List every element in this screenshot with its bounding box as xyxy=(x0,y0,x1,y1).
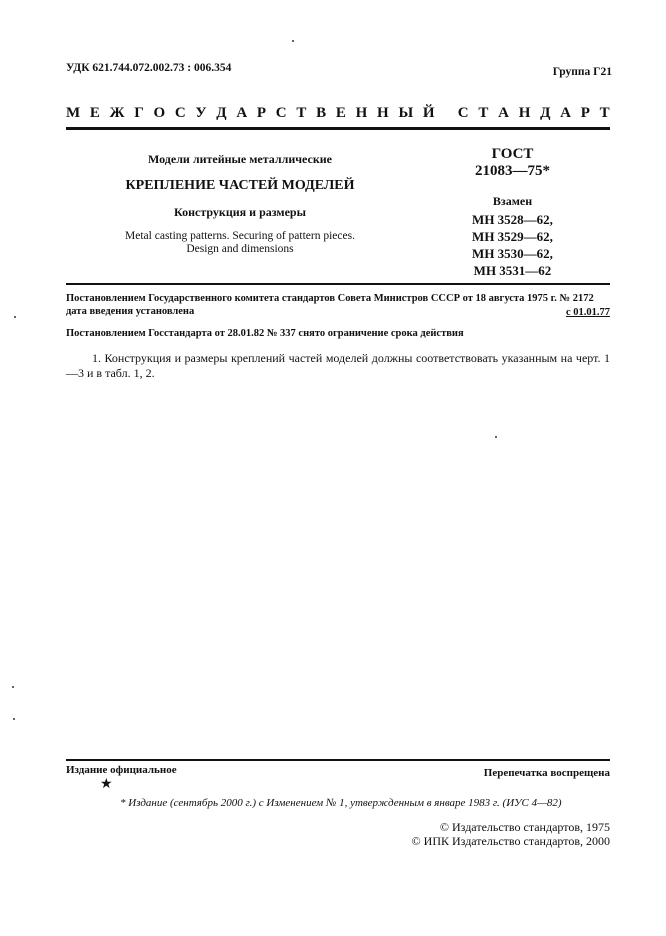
replaced-standard: МН 3528—62, xyxy=(455,211,570,228)
banner-letter: Й xyxy=(423,105,435,122)
banner-letter: А xyxy=(560,105,571,122)
copyright-2000: © ИПК Издательство стандартов, 2000 xyxy=(412,834,610,849)
scan-speck xyxy=(292,40,294,42)
official-edition-label: Издание официальное xyxy=(66,764,177,776)
banner-letter: Т xyxy=(296,105,306,122)
scan-speck xyxy=(12,686,14,688)
banner-letter: Н xyxy=(377,105,389,122)
decree-text: Постановлением Государственного комитета… xyxy=(66,293,610,304)
banner-letter: Т xyxy=(600,105,610,122)
limit-removed-note: Постановлением Госстандарта от 28.01.82 … xyxy=(66,328,464,339)
udk-code: УДК 621.744.072.002.73 : 006.354 xyxy=(66,62,231,74)
banner-letter: О xyxy=(154,105,166,122)
banner-letter: Д xyxy=(540,105,550,122)
banner-letter: Е xyxy=(336,105,346,122)
banner-letter: С xyxy=(458,105,469,122)
banner-letter: У xyxy=(196,105,207,122)
document-title: КРЕПЛЕНИЕ ЧАСТЕЙ МОДЕЛЕЙ xyxy=(110,178,370,194)
banner-letter: А xyxy=(236,105,247,122)
title-block: Модели литейные металлические КРЕПЛЕНИЕ … xyxy=(110,152,370,256)
gost-number: 21083—75* xyxy=(455,163,570,180)
banner-letter: Р xyxy=(581,105,590,122)
scan-speck xyxy=(13,718,15,720)
banner-letter: Т xyxy=(478,105,488,122)
banner-letter: В xyxy=(316,105,326,122)
english-title-line1: Metal casting patterns. Securing of patt… xyxy=(110,230,370,243)
banner-letter: Р xyxy=(257,105,266,122)
banner-letter: Ж xyxy=(110,105,125,122)
footer-rule xyxy=(66,759,610,761)
banner-letter: Н xyxy=(356,105,368,122)
intro-date: с 01.01.77 xyxy=(566,307,610,318)
replaced-standard: МН 3530—62, xyxy=(455,245,570,262)
reprint-prohibited-label: Перепечатка воспрещена xyxy=(484,767,610,779)
star-icon: ★ xyxy=(100,776,113,793)
banner-gap xyxy=(444,105,448,122)
english-title-line2: Design and dimensions xyxy=(110,243,370,256)
copyright-1975: © Издательство стандартов, 1975 xyxy=(440,820,610,835)
scan-speck xyxy=(495,436,497,438)
banner-letter: А xyxy=(498,105,509,122)
banner-letter: С xyxy=(276,105,287,122)
intro-date-label: дата введения установлена xyxy=(66,306,194,317)
title-subtitle: Конструкция и размеры xyxy=(110,205,370,220)
paragraph-1: 1. Конструкция и размеры креплений часте… xyxy=(66,351,610,381)
banner-letter: Д xyxy=(216,105,226,122)
header-rule xyxy=(66,127,610,130)
replaced-standard: МН 3531—62 xyxy=(455,262,570,279)
banner-letter: Г xyxy=(134,105,144,122)
banner-letter: М xyxy=(66,105,80,122)
replaced-standard: МН 3529—62, xyxy=(455,228,570,245)
title-category: Модели литейные металлические xyxy=(110,152,370,167)
scan-speck xyxy=(14,316,16,318)
banner-letter: Е xyxy=(90,105,100,122)
banner-letter: Н xyxy=(519,105,531,122)
banner-letter: С xyxy=(175,105,186,122)
edition-footnote: * Издание (сентябрь 2000 г.) с Изменение… xyxy=(120,797,562,809)
banner-letter: Ы xyxy=(398,105,413,122)
section-rule xyxy=(66,283,610,285)
group-code: Группа Г21 xyxy=(553,66,612,78)
gost-block: ГОСТ 21083—75* Взамен МН 3528—62, МН 352… xyxy=(455,146,570,279)
gost-label: ГОСТ xyxy=(455,146,570,163)
interstate-standard-banner: МЕЖГОСУДАРСТВЕННЫЙ СТАНДАРТ xyxy=(66,105,610,122)
replaces-label: Взамен xyxy=(455,194,570,209)
